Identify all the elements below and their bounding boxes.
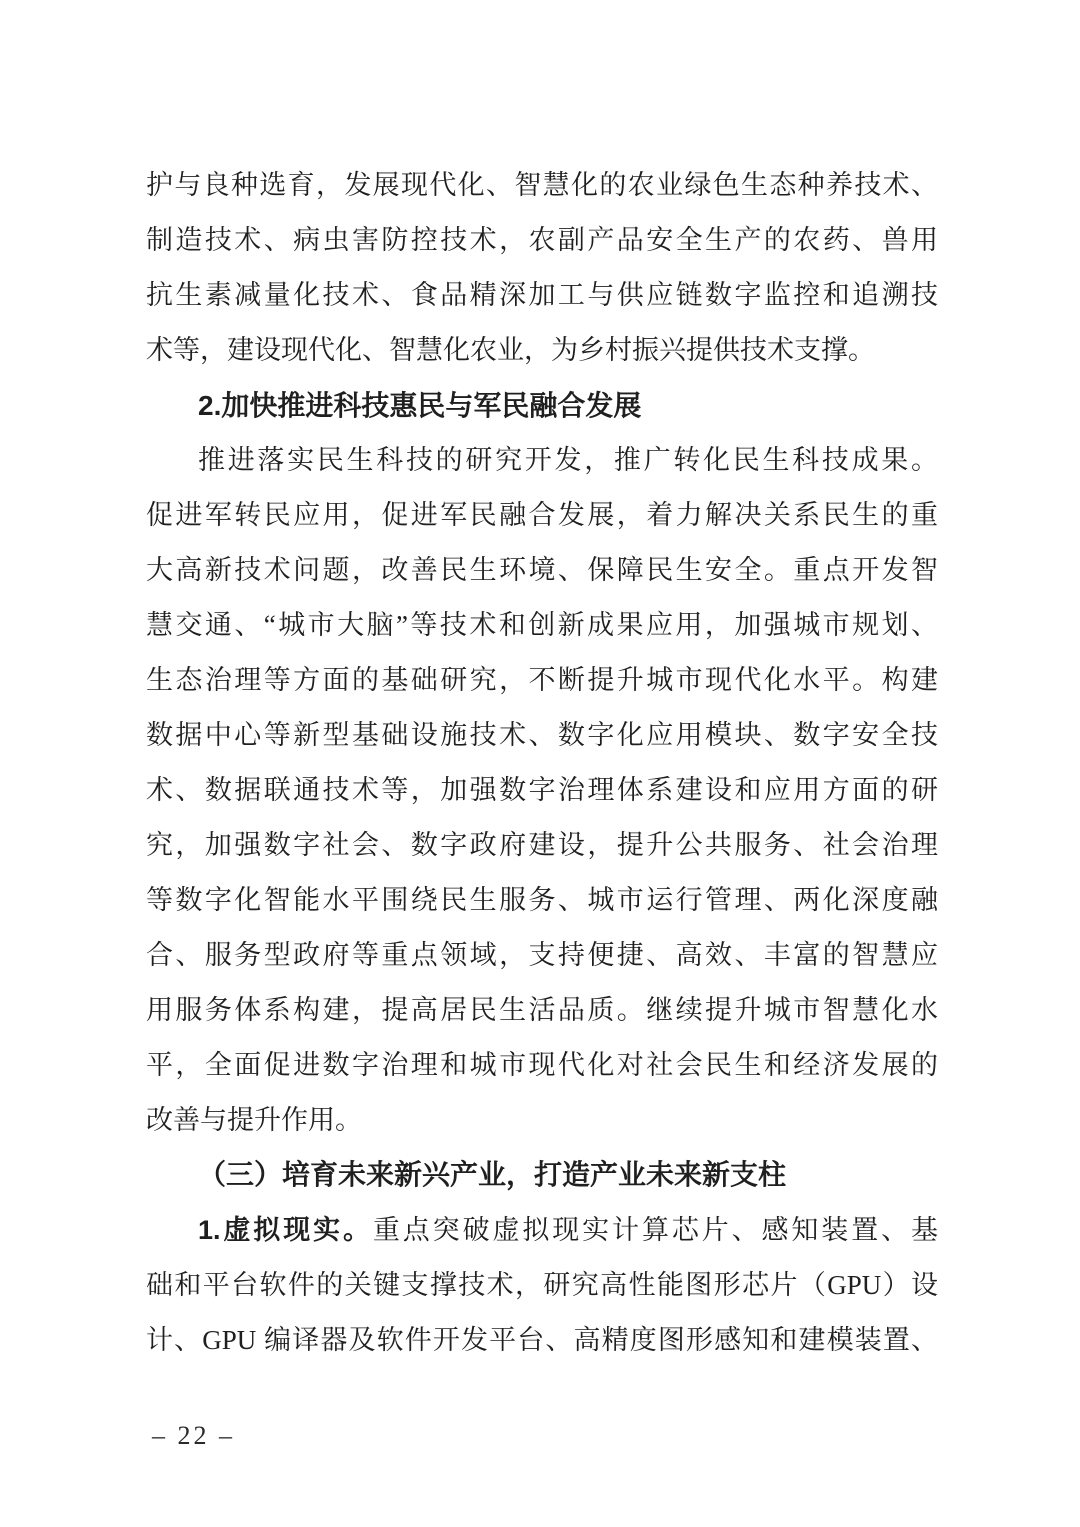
body-line: 术等，建设现代化、智慧化农业，为乡村振兴提供技术支撑。 — [146, 323, 938, 378]
body-line: 改善与提升作用。 — [146, 1093, 938, 1148]
body-line: 慧交通、“城市大脑”等技术和创新成果应用，加强城市规划、 — [146, 598, 938, 653]
body-line: 护与良种选育，发展现代化、智慧化的农业绿色生态种养技术、 — [146, 158, 938, 213]
body-line: 计、GPU 编译器及软件开发平台、高精度图形感知和建模装置、 — [146, 1313, 938, 1368]
page-number: – 22 – — [152, 1421, 235, 1451]
numbered-heading: 2.加快推进科技惠民与军民融合发展 — [146, 378, 938, 433]
body-line: 生态治理等方面的基础研究，不断提升城市现代化水平。构建 — [146, 653, 938, 708]
text-run: 护与良种选育，发展现代化、智慧化的农业绿色生态种养技术、 — [146, 170, 938, 200]
text-run: 改善与提升作用。 — [146, 1105, 362, 1135]
body-line: 大高新技术问题，改善民生环境、保障民生安全。重点开发智 — [146, 543, 938, 598]
text-run: 促进军转民应用，促进军民融合发展，着力解决关系民生的重 — [146, 500, 938, 530]
body-line: 等数字化智能水平围绕民生服务、城市运行管理、两化深度融 — [146, 873, 938, 928]
body-line: 抗生素减量化技术、食品精深加工与供应链数字监控和追溯技 — [146, 268, 938, 323]
text-run: 重点突破虚拟现实计算芯片、感知装置、基 — [373, 1215, 938, 1245]
body-line: 促进军转民应用，促进军民融合发展，着力解决关系民生的重 — [146, 488, 938, 543]
body-line: 推进落实民生科技的研究开发，推广转化民生科技成果。 — [146, 433, 938, 488]
text-run: 生态治理等方面的基础研究，不断提升城市现代化水平。构建 — [146, 665, 938, 695]
body-line: 础和平台软件的关键支撑技术，研究高性能图形芯片（GPU）设 — [146, 1258, 938, 1313]
body-line: 平，全面促进数字治理和城市现代化对社会民生和经济发展的 — [146, 1038, 938, 1093]
text-run: 究，加强数字社会、数字政府建设，提升公共服务、社会治理 — [146, 830, 938, 860]
text-run: 大高新技术问题，改善民生环境、保障民生安全。重点开发智 — [146, 555, 938, 585]
text-run: 制造技术、病虫害防控技术，农副产品安全生产的农药、兽用 — [146, 225, 938, 255]
body-line: 制造技术、病虫害防控技术，农副产品安全生产的农药、兽用 — [146, 213, 938, 268]
text-run: 数据中心等新型基础设施技术、数字化应用模块、数字安全技 — [146, 720, 938, 750]
text-run: （三）培育未来新兴产业，打造产业未来新支柱 — [198, 1160, 786, 1191]
body-line: 1.虚拟现实。重点突破虚拟现实计算芯片、感知装置、基 — [146, 1203, 938, 1258]
text-run: 础和平台软件的关键支撑技术，研究高性能图形芯片（GPU）设 — [146, 1270, 938, 1300]
body-line: 究，加强数字社会、数字政府建设，提升公共服务、社会治理 — [146, 818, 938, 873]
text-run: 用服务体系构建，提高居民生活品质。继续提升城市智慧化水 — [146, 995, 938, 1025]
text-run: 合、服务型政府等重点领域，支持便捷、高效、丰富的智慧应 — [146, 940, 938, 970]
body-line: 用服务体系构建，提高居民生活品质。继续提升城市智慧化水 — [146, 983, 938, 1038]
body-line: 合、服务型政府等重点领域，支持便捷、高效、丰富的智慧应 — [146, 928, 938, 983]
text-run: 2.加快推进科技惠民与军民融合发展 — [198, 390, 641, 421]
document-body: 护与良种选育，发展现代化、智慧化的农业绿色生态种养技术、制造技术、病虫害防控技术… — [146, 158, 938, 1368]
text-run: 计、GPU 编译器及软件开发平台、高精度图形感知和建模装置、 — [146, 1325, 938, 1355]
text-run: 慧交通、“城市大脑”等技术和创新成果应用，加强城市规划、 — [146, 610, 938, 640]
text-run: 抗生素减量化技术、食品精深加工与供应链数字监控和追溯技 — [146, 280, 938, 310]
document-page: 护与良种选育，发展现代化、智慧化的农业绿色生态种养技术、制造技术、病虫害防控技术… — [0, 0, 1080, 1527]
text-run: 推进落实民生科技的研究开发，推广转化民生科技成果。 — [198, 445, 938, 475]
text-run: 等数字化智能水平围绕民生服务、城市运行管理、两化深度融 — [146, 885, 938, 915]
bold-run: 1.虚拟现实。 — [198, 1215, 373, 1245]
text-run: 术等，建设现代化、智慧化农业，为乡村振兴提供技术支撑。 — [146, 335, 875, 365]
text-run: 平，全面促进数字治理和城市现代化对社会民生和经济发展的 — [146, 1050, 938, 1080]
body-line: 数据中心等新型基础设施技术、数字化应用模块、数字安全技 — [146, 708, 938, 763]
body-line: 术、数据联通技术等，加强数字治理体系建设和应用方面的研 — [146, 763, 938, 818]
section-heading: （三）培育未来新兴产业，打造产业未来新支柱 — [146, 1148, 938, 1203]
text-run: 术、数据联通技术等，加强数字治理体系建设和应用方面的研 — [146, 775, 938, 805]
